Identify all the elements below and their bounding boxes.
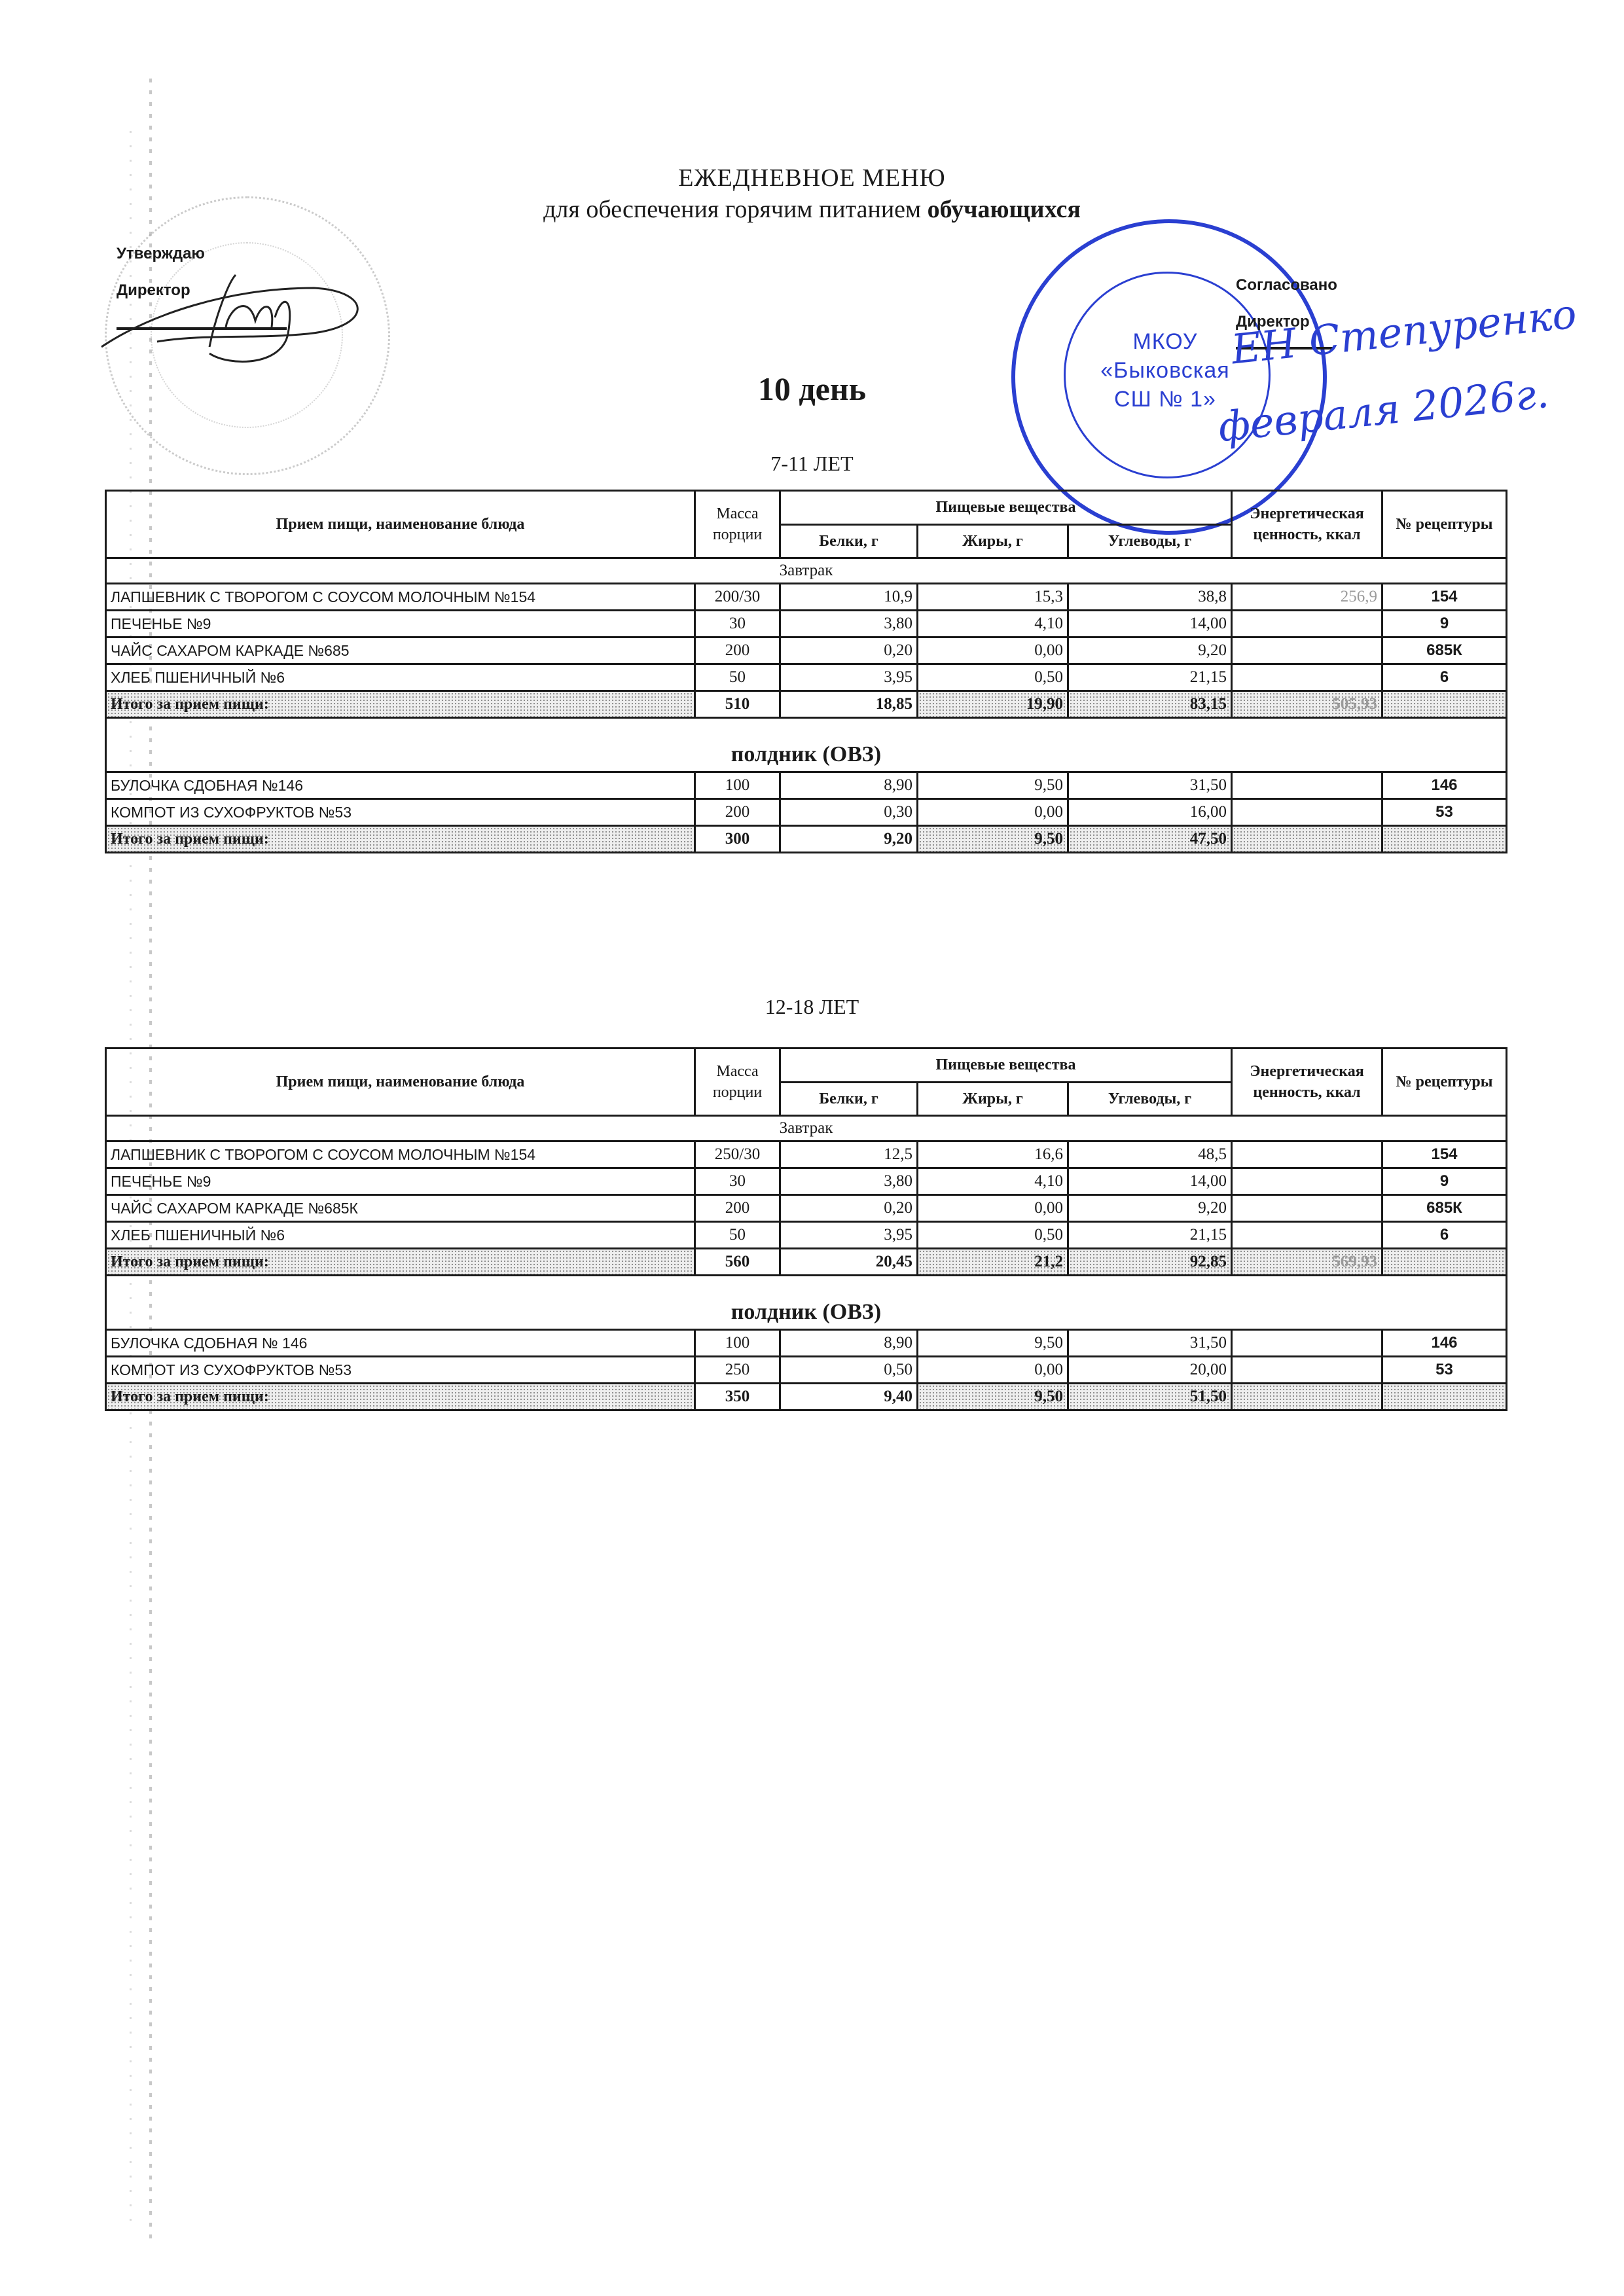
total-fat: 19,90 bbox=[918, 691, 1068, 718]
recipe-number: 9 bbox=[1382, 1168, 1507, 1195]
carbs-value: 14,00 bbox=[1068, 1168, 1232, 1195]
recipe-number: 6 bbox=[1382, 1222, 1507, 1249]
portion-mass: 200 bbox=[695, 637, 780, 664]
protein-value: 12,5 bbox=[780, 1141, 918, 1168]
table-row: ЛАПШЕВНИК С ТВОРОГОМ С СОУСОМ МОЛОЧНЫМ №… bbox=[106, 1141, 1507, 1168]
carbs-value: 21,15 bbox=[1068, 1222, 1232, 1249]
meal-section-row: полдник (ОВЗ) bbox=[106, 718, 1507, 772]
recipe-number: 685К bbox=[1382, 1195, 1507, 1222]
fat-value: 0,50 bbox=[918, 1222, 1068, 1249]
carbs-value: 31,50 bbox=[1068, 1330, 1232, 1357]
dish-name: ЛАПШЕВНИК С ТВОРОГОМ С СОУСОМ МОЛОЧНЫМ №… bbox=[106, 584, 695, 611]
meal-section-row: полдник (ОВЗ) bbox=[106, 1276, 1507, 1330]
fat-value: 0,00 bbox=[918, 1357, 1068, 1384]
column-header-mass: Масса порции bbox=[695, 1049, 780, 1116]
carbs-value: 31,50 bbox=[1068, 772, 1232, 799]
total-carbs: 83,15 bbox=[1068, 691, 1232, 718]
day-title: 10 день bbox=[0, 370, 1624, 408]
document-title: ЕЖЕДНЕВНОЕ МЕНЮ bbox=[0, 164, 1624, 192]
total-mass: 350 bbox=[695, 1384, 780, 1410]
total-protein: 20,45 bbox=[780, 1249, 918, 1276]
fat-value: 9,50 bbox=[918, 1330, 1068, 1357]
dish-name: ПЕЧЕНЬЕ №9 bbox=[106, 1168, 695, 1195]
dish-name: ЧАЙС САХАРОМ КАРКАДЕ №685К bbox=[106, 1195, 695, 1222]
recipe-number: 9 bbox=[1382, 611, 1507, 637]
table-row: КОМПОТ ИЗ СУХОФРУКТОВ №532500,500,0020,0… bbox=[106, 1357, 1507, 1384]
age-group-title: 12-18 ЛЕТ bbox=[0, 995, 1624, 1019]
column-header-energy: Энергетическая ценность, ккал bbox=[1232, 1049, 1382, 1116]
energy-value bbox=[1232, 664, 1382, 691]
total-fat: 21,2 bbox=[918, 1249, 1068, 1276]
total-mass: 510 bbox=[695, 691, 780, 718]
subtitle-bold-text: обучающихся bbox=[928, 196, 1081, 223]
total-energy bbox=[1232, 826, 1382, 853]
energy-value: 256,9 bbox=[1232, 584, 1382, 611]
subtitle-text: для обеспечения горячим питанием bbox=[543, 196, 927, 223]
carbs-value: 9,20 bbox=[1068, 637, 1232, 664]
dish-name: ХЛЕБ ПШЕНИЧНЫЙ №6 bbox=[106, 1222, 695, 1249]
total-row: Итого за прием пищи:51018,8519,9083,1550… bbox=[106, 691, 1507, 718]
energy-value bbox=[1232, 772, 1382, 799]
column-header-energy: Энергетическая ценность, ккал bbox=[1232, 491, 1382, 558]
column-header-carbs: Углеводы, г bbox=[1068, 1082, 1232, 1116]
total-protein: 18,85 bbox=[780, 691, 918, 718]
total-mass: 300 bbox=[695, 826, 780, 853]
table-row: ХЛЕБ ПШЕНИЧНЫЙ №6503,950,5021,156 bbox=[106, 664, 1507, 691]
fat-value: 0,00 bbox=[918, 637, 1068, 664]
fat-value: 15,3 bbox=[918, 584, 1068, 611]
column-header-recipe: № рецептуры bbox=[1382, 491, 1507, 558]
column-header-meal-name: Прием пищи, наименование блюда bbox=[106, 491, 695, 558]
total-fat: 9,50 bbox=[918, 826, 1068, 853]
protein-value: 0,20 bbox=[780, 637, 918, 664]
total-recipe bbox=[1382, 826, 1507, 853]
total-mass: 560 bbox=[695, 1249, 780, 1276]
energy-value bbox=[1232, 1357, 1382, 1384]
energy-value bbox=[1232, 1195, 1382, 1222]
total-row: Итого за прием пищи:56020,4521,292,85569… bbox=[106, 1249, 1507, 1276]
dish-name: КОМПОТ ИЗ СУХОФРУКТОВ №53 bbox=[106, 799, 695, 826]
fat-value: 4,10 bbox=[918, 611, 1068, 637]
portion-mass: 50 bbox=[695, 664, 780, 691]
fat-value: 0,50 bbox=[918, 664, 1068, 691]
total-fat: 9,50 bbox=[918, 1384, 1068, 1410]
recipe-number: 685К bbox=[1382, 637, 1507, 664]
fat-value: 9,50 bbox=[918, 772, 1068, 799]
carbs-value: 21,15 bbox=[1068, 664, 1232, 691]
dish-name: БУЛОЧКА СДОБНАЯ №146 bbox=[106, 772, 695, 799]
energy-value bbox=[1232, 1168, 1382, 1195]
recipe-number: 6 bbox=[1382, 664, 1507, 691]
protein-value: 10,9 bbox=[780, 584, 918, 611]
total-label: Итого за прием пищи: bbox=[106, 1249, 695, 1276]
portion-mass: 200 bbox=[695, 1195, 780, 1222]
total-carbs: 51,50 bbox=[1068, 1384, 1232, 1410]
protein-value: 0,20 bbox=[780, 1195, 918, 1222]
protein-value: 0,30 bbox=[780, 799, 918, 826]
total-protein: 9,20 bbox=[780, 826, 918, 853]
protein-value: 3,80 bbox=[780, 611, 918, 637]
table-row: БУЛОЧКА СДОБНАЯ № 1461008,909,5031,50146 bbox=[106, 1330, 1507, 1357]
portion-mass: 250 bbox=[695, 1357, 780, 1384]
meal-section-title: полдник (ОВЗ) bbox=[106, 1276, 1507, 1330]
menu-table: Прием пищи, наименование блюдаМасса порц… bbox=[105, 1047, 1507, 1411]
column-header-mass: Масса порции bbox=[695, 491, 780, 558]
dish-name: КОМПОТ ИЗ СУХОФРУКТОВ №53 bbox=[106, 1357, 695, 1384]
fat-value: 16,6 bbox=[918, 1141, 1068, 1168]
fat-value: 0,00 bbox=[918, 1195, 1068, 1222]
table-row: ПЕЧЕНЬЕ №9303,804,1014,009 bbox=[106, 1168, 1507, 1195]
protein-value: 8,90 bbox=[780, 772, 918, 799]
protein-value: 8,90 bbox=[780, 1330, 918, 1357]
dish-name: ЧАЙС САХАРОМ КАРКАДЕ №685 bbox=[106, 637, 695, 664]
portion-mass: 100 bbox=[695, 1330, 780, 1357]
portion-mass: 30 bbox=[695, 1168, 780, 1195]
protein-value: 0,50 bbox=[780, 1357, 918, 1384]
dish-name: ПЕЧЕНЬЕ №9 bbox=[106, 611, 695, 637]
recipe-number: 146 bbox=[1382, 1330, 1507, 1357]
table-row: ПЕЧЕНЬЕ №9303,804,1014,009 bbox=[106, 611, 1507, 637]
table-row: ХЛЕБ ПШЕНИЧНЫЙ №6503,950,5021,156 bbox=[106, 1222, 1507, 1249]
recipe-number: 154 bbox=[1382, 1141, 1507, 1168]
dish-name: БУЛОЧКА СДОБНАЯ № 146 bbox=[106, 1330, 695, 1357]
meal-section-row: Завтрак bbox=[106, 558, 1507, 584]
column-header-protein: Белки, г bbox=[780, 1082, 918, 1116]
recipe-number: 154 bbox=[1382, 584, 1507, 611]
recipe-number: 53 bbox=[1382, 1357, 1507, 1384]
protein-value: 3,95 bbox=[780, 664, 918, 691]
meal-section-row: Завтрак bbox=[106, 1116, 1507, 1141]
recipe-number: 53 bbox=[1382, 799, 1507, 826]
meal-section-title: Завтрак bbox=[106, 558, 1507, 584]
table-row: КОМПОТ ИЗ СУХОФРУКТОВ №532000,300,0016,0… bbox=[106, 799, 1507, 826]
carbs-value: 9,20 bbox=[1068, 1195, 1232, 1222]
menu-table: Прием пищи, наименование блюдаМасса порц… bbox=[105, 490, 1507, 853]
portion-mass: 100 bbox=[695, 772, 780, 799]
director-signature bbox=[98, 255, 373, 386]
total-recipe bbox=[1382, 1249, 1507, 1276]
recipe-number: 146 bbox=[1382, 772, 1507, 799]
protein-value: 3,80 bbox=[780, 1168, 918, 1195]
column-header-carbs: Углеводы, г bbox=[1068, 524, 1232, 558]
protein-value: 3,95 bbox=[780, 1222, 918, 1249]
total-recipe bbox=[1382, 1384, 1507, 1410]
total-label: Итого за прием пищи: bbox=[106, 1384, 695, 1410]
table-row: ЧАЙС САХАРОМ КАРКАДЕ №685К2000,200,009,2… bbox=[106, 1195, 1507, 1222]
table-row: ЛАПШЕВНИК С ТВОРОГОМ С СОУСОМ МОЛОЧНЫМ №… bbox=[106, 584, 1507, 611]
meal-section-title: полдник (ОВЗ) bbox=[106, 718, 1507, 772]
energy-value bbox=[1232, 611, 1382, 637]
total-carbs: 92,85 bbox=[1068, 1249, 1232, 1276]
age-group-title: 7-11 ЛЕТ bbox=[0, 452, 1624, 476]
agreement-label: Согласовано bbox=[1236, 267, 1337, 304]
total-label: Итого за прием пищи: bbox=[106, 826, 695, 853]
fat-value: 4,10 bbox=[918, 1168, 1068, 1195]
energy-value bbox=[1232, 1330, 1382, 1357]
energy-value bbox=[1232, 1222, 1382, 1249]
carbs-value: 48,5 bbox=[1068, 1141, 1232, 1168]
document-subtitle: для обеспечения горячим питанием обучающ… bbox=[0, 195, 1624, 224]
total-label: Итого за прием пищи: bbox=[106, 691, 695, 718]
total-energy: 505,93 bbox=[1232, 691, 1382, 718]
energy-value bbox=[1232, 1141, 1382, 1168]
table-row: БУЛОЧКА СДОБНАЯ №1461008,909,5031,50146 bbox=[106, 772, 1507, 799]
carbs-value: 20,00 bbox=[1068, 1357, 1232, 1384]
total-row: Итого за прием пищи:3009,209,5047,50 bbox=[106, 826, 1507, 853]
header-row: Прием пищи, наименование блюдаМасса порц… bbox=[106, 1049, 1507, 1083]
portion-mass: 30 bbox=[695, 611, 780, 637]
meal-section-title: Завтрак bbox=[106, 1116, 1507, 1141]
carbs-value: 16,00 bbox=[1068, 799, 1232, 826]
total-energy bbox=[1232, 1384, 1382, 1410]
portion-mass: 200/30 bbox=[695, 584, 780, 611]
total-protein: 9,40 bbox=[780, 1384, 918, 1410]
portion-mass: 200 bbox=[695, 799, 780, 826]
portion-mass: 250/30 bbox=[695, 1141, 780, 1168]
column-header-fat: Жиры, г bbox=[918, 524, 1068, 558]
dish-name: ЛАПШЕВНИК С ТВОРОГОМ С СОУСОМ МОЛОЧНЫМ №… bbox=[106, 1141, 695, 1168]
energy-value bbox=[1232, 799, 1382, 826]
column-header-protein: Белки, г bbox=[780, 524, 918, 558]
carbs-value: 14,00 bbox=[1068, 611, 1232, 637]
energy-value bbox=[1232, 637, 1382, 664]
total-recipe bbox=[1382, 691, 1507, 718]
total-row: Итого за прием пищи:3509,409,5051,50 bbox=[106, 1384, 1507, 1410]
total-energy: 569,93 bbox=[1232, 1249, 1382, 1276]
column-header-nutrients: Пищевые вещества bbox=[780, 1049, 1232, 1083]
column-header-meal-name: Прием пищи, наименование блюда bbox=[106, 1049, 695, 1116]
portion-mass: 50 bbox=[695, 1222, 780, 1249]
total-carbs: 47,50 bbox=[1068, 826, 1232, 853]
column-header-fat: Жиры, г bbox=[918, 1082, 1068, 1116]
carbs-value: 38,8 bbox=[1068, 584, 1232, 611]
dish-name: ХЛЕБ ПШЕНИЧНЫЙ №6 bbox=[106, 664, 695, 691]
header-row: Прием пищи, наименование блюдаМасса порц… bbox=[106, 491, 1507, 525]
table-row: ЧАЙС САХАРОМ КАРКАДЕ №6852000,200,009,20… bbox=[106, 637, 1507, 664]
column-header-nutrients: Пищевые вещества bbox=[780, 491, 1232, 525]
fat-value: 0,00 bbox=[918, 799, 1068, 826]
column-header-recipe: № рецептуры bbox=[1382, 1049, 1507, 1116]
